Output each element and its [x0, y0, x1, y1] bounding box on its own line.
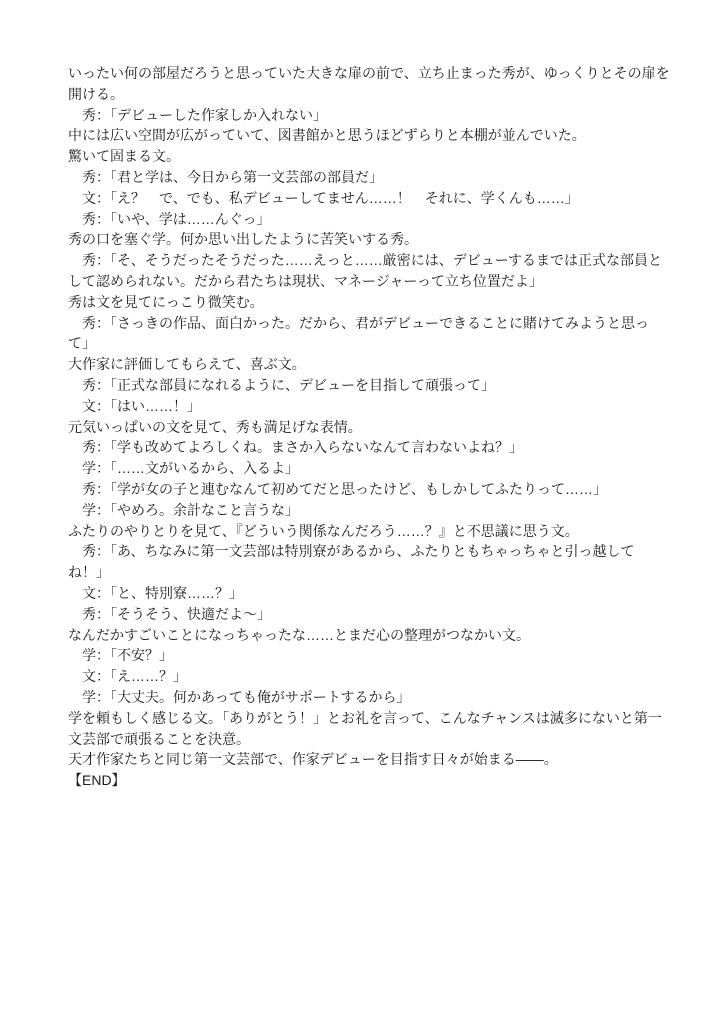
text-line: 文：「え……？」 — [68, 666, 668, 687]
text-line: ふたりのやりとりを見て、『どういう関係なんだろう……？』と不思議に思う文。 — [68, 521, 668, 542]
text-line: 秀：「あ、ちなみに第一文芸部は特別寮があるから、ふたりともちゃっちゃと引っ越して — [68, 541, 668, 562]
text-line: て」 — [68, 333, 668, 354]
text-line: 大作家に評価してもらえて、喜ぶ文。 — [68, 354, 668, 375]
text-line: 学：「やめろ。余計なこと言うな」 — [68, 500, 668, 521]
text-line: 秀：「デビューした作家しか入れない」 — [68, 105, 668, 126]
text-line: なんだかすごいことになっちゃったな……とまだ心の整理がつなかい文。 — [68, 625, 668, 646]
document-page: いったい何の部屋だろうと思っていた大きな扉の前で、立ち止まった秀が、ゆっくりとそ… — [0, 0, 724, 1024]
text-line: 秀：「学が女の子と連むなんて初めてだと思ったけど、もしかしてふたりって……」 — [68, 479, 668, 500]
text-line: して認められない。だから君たちは現状、マネージャーって立ち位置だよ」 — [68, 271, 668, 292]
text-line: 学：「不安？」 — [68, 645, 668, 666]
text-line: 秀：「学も改めてよろしくね。まさか入らないなんて言わないよね？」 — [68, 437, 668, 458]
text-line: 中には広い空間が広がっていて、図書館かと思うほどずらりと本棚が並んでいた。 — [68, 125, 668, 146]
text-line: 天才作家たちと同じ第一文芸部で、作家デビューを目指す日々が始まる——。 — [68, 749, 668, 770]
text-line: 文：「え？ で、でも、私デビューしてません……！ それに、学くんも……」 — [68, 188, 668, 209]
document-text-block: いったい何の部屋だろうと思っていた大きな扉の前で、立ち止まった秀が、ゆっくりとそ… — [68, 63, 668, 791]
text-line: 秀：「いや、学は……んぐっ」 — [68, 209, 668, 230]
text-line: 学：「……文がいるから、入るよ」 — [68, 458, 668, 479]
text-line: 秀：「そ、そうだったそうだった……えっと……厳密には、デビューするまでは正式な部… — [68, 250, 668, 271]
text-line: 開ける。 — [68, 84, 668, 105]
text-line: 秀は文を見てにっこり微笑む。 — [68, 292, 668, 313]
text-line: 文：「はい……！」 — [68, 396, 668, 417]
text-line: 驚いて固まる文。 — [68, 146, 668, 167]
text-line: 学：「大丈夫。何かあっても俺がサポートするから」 — [68, 687, 668, 708]
text-line: 【END】 — [68, 770, 668, 791]
text-line: 文：「と、特別寮……？」 — [68, 583, 668, 604]
text-line: ね！」 — [68, 562, 668, 583]
text-line: いったい何の部屋だろうと思っていた大きな扉の前で、立ち止まった秀が、ゆっくりとそ… — [68, 63, 668, 84]
text-line: 秀：「さっきの作品、面白かった。だから、君がデビューできることに賭けてみようと思… — [68, 313, 668, 334]
text-line: 秀：「君と学は、今日から第一文芸部の部員だ」 — [68, 167, 668, 188]
text-line: 元気いっぱいの文を見て、秀も満足げな表情。 — [68, 417, 668, 438]
text-line: 秀の口を塞ぐ学。何か思い出したように苦笑いする秀。 — [68, 229, 668, 250]
text-line: 秀：「そうそう、快適だよ～」 — [68, 604, 668, 625]
text-line: 学を頼もしく感じる文。「ありがとう！」とお礼を言って、こんなチャンスは滅多にない… — [68, 708, 668, 729]
text-line: 秀：「正式な部員になれるように、デビューを目指して頑張って」 — [68, 375, 668, 396]
text-line: 文芸部で頑張ることを決意。 — [68, 729, 668, 750]
